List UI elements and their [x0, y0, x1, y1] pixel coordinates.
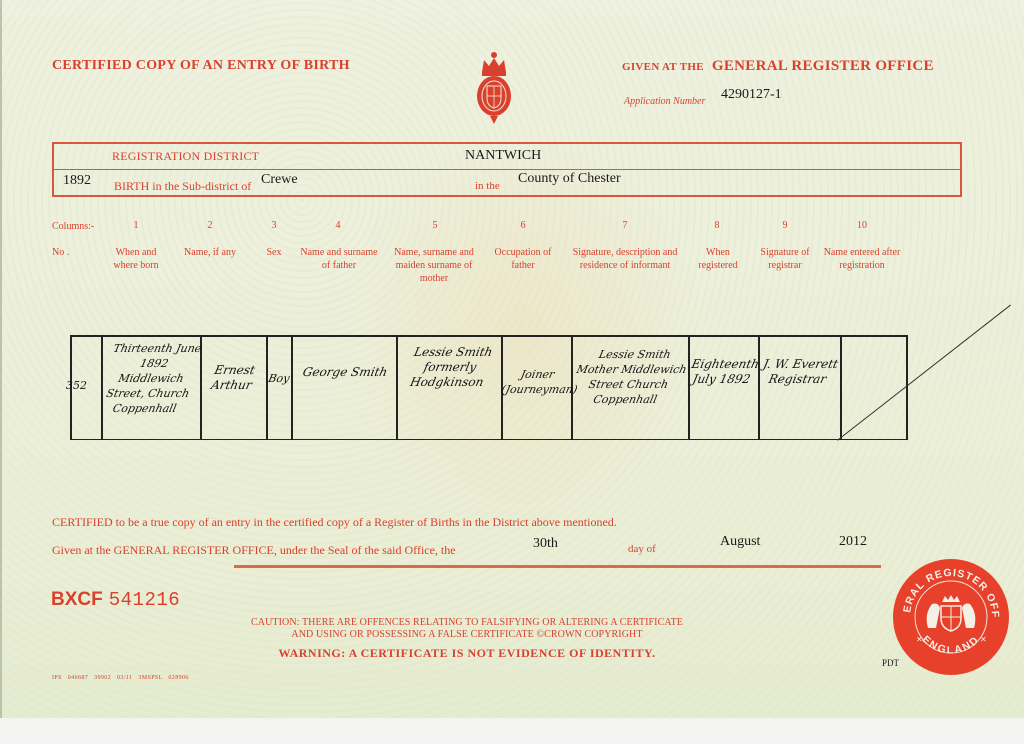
column-heading-1: When and where born — [108, 246, 164, 272]
given-at-label: GIVEN AT THE — [622, 61, 704, 73]
entry-number: 352 — [66, 379, 87, 392]
certification-rule — [234, 565, 881, 568]
column-number-7: 7 — [615, 220, 635, 231]
entry-name: Ernest Arthur — [199, 363, 267, 393]
column-rule — [291, 335, 293, 440]
certification-year: 2012 — [839, 534, 867, 550]
columns-label: Columns:- — [52, 220, 94, 233]
identity-warning: WARNING: A CERTIFICATE IS NOT EVIDENCE O… — [234, 646, 700, 661]
column-rule — [758, 335, 760, 440]
birth-entry-row: 352 Thirteenth June 1892 Middlewich Stre… — [70, 335, 908, 440]
print-code: IPS 046687 39902 03/11 3MSPSL 028906 — [52, 675, 189, 681]
entry-registrar: J. W. Everett Registrar — [757, 357, 841, 387]
registration-district-box: REGISTRATION DISTRICT NANTWICH 1892 BIRT… — [52, 142, 962, 197]
in-the-label: in the — [475, 180, 500, 192]
entry-sex: Boy — [266, 371, 291, 386]
application-number-label: Application Number — [624, 96, 705, 107]
certification-day: 30th — [533, 536, 558, 552]
column-rule — [396, 335, 398, 440]
general-register-office-seal-icon: GENERAL REGISTER OFFICE ENGLAND ✕ ✕ — [892, 558, 1010, 676]
column-number-10: 10 — [852, 220, 872, 231]
column-heading-9: Signature of registrar — [756, 246, 814, 272]
entry-occupation: Joiner (Journeyman) — [500, 367, 572, 397]
row-bottom-rule — [70, 439, 908, 441]
county-value: County of Chester — [518, 171, 621, 187]
certification-statement: CERTIFIED to be a true copy of an entry … — [52, 515, 617, 530]
application-number: 4290127-1 — [721, 87, 782, 103]
subdistrict-value: Crewe — [261, 172, 298, 188]
column-rule — [266, 335, 268, 440]
serial-prefix: BXCF — [51, 589, 103, 610]
column-heading-7: Signature, description and residence of … — [566, 246, 684, 272]
column-number-5: 5 — [425, 220, 445, 231]
row-top-rule — [70, 335, 908, 337]
entry-when-registered: Eighteenth July 1892 — [687, 357, 759, 387]
column-heading-5: Name, surname and maiden surname of moth… — [388, 246, 480, 285]
column-rule — [906, 335, 908, 440]
column-number-8: 8 — [707, 220, 727, 231]
day-of-label: day of — [628, 543, 656, 555]
column-rule — [840, 335, 842, 440]
column-heading-4: Name and surname of father — [296, 246, 382, 272]
column-heading-10: Name entered after registration — [822, 246, 902, 272]
serial-number: 541216 — [109, 589, 180, 611]
district-divider — [54, 169, 960, 170]
svg-text:✕: ✕ — [980, 635, 987, 644]
entry-mother: Lessie Smith formerly Hodgkinson — [398, 345, 502, 390]
issuing-office-heading: GIVEN AT THE GENERAL REGISTER OFFICE — [622, 57, 934, 75]
column-number-3: 3 — [264, 220, 284, 231]
royal-crest-icon — [474, 50, 514, 126]
caution-line-1: CAUTION: THERE ARE OFFENCES RELATING TO … — [234, 617, 700, 629]
registration-district-label: REGISTRATION DISTRICT — [112, 149, 259, 164]
entry-informant: Lessie Smith Mother Middlewich Street Ch… — [568, 347, 693, 407]
column-heading-3: Sex — [260, 246, 288, 259]
svg-text:✕: ✕ — [916, 635, 923, 644]
entry-father: George Smith — [296, 365, 393, 380]
column-heading-2: Name, if any — [178, 246, 242, 259]
column-heading-8: When registered — [692, 246, 744, 272]
registration-district-value: NANTWICH — [465, 148, 541, 164]
column-heading-6: Occupation of father — [494, 246, 552, 272]
subdistrict-label: BIRTH in the Sub-district of — [114, 179, 251, 194]
column-number-6: 6 — [513, 220, 533, 231]
caution-line-2: AND USING OR POSSESSING A FALSE CERTIFIC… — [234, 629, 700, 641]
given-at-statement: Given at the GENERAL REGISTER OFFICE, un… — [52, 543, 456, 558]
certificate-serial: BXCF541216 — [51, 589, 180, 611]
entry-when-where-born: Thirteenth June 1892 Middlewich Street, … — [96, 341, 206, 416]
office-name: GENERAL REGISTER OFFICE — [712, 58, 934, 74]
birth-year: 1892 — [63, 173, 91, 189]
certification-month: August — [720, 534, 760, 550]
column-number-1: 1 — [126, 220, 146, 231]
column-number-4: 4 — [328, 220, 348, 231]
scanner-background — [0, 718, 1024, 744]
no-label: No . — [52, 246, 69, 259]
caution-notice: CAUTION: THERE ARE OFFENCES RELATING TO … — [234, 617, 700, 641]
column-number-2: 2 — [200, 220, 220, 231]
certificate-title: CERTIFIED COPY OF AN ENTRY OF BIRTH — [52, 58, 350, 74]
column-number-9: 9 — [775, 220, 795, 231]
certificate-paper: CERTIFIED COPY OF AN ENTRY OF BIRTH GIVE… — [0, 0, 1024, 718]
